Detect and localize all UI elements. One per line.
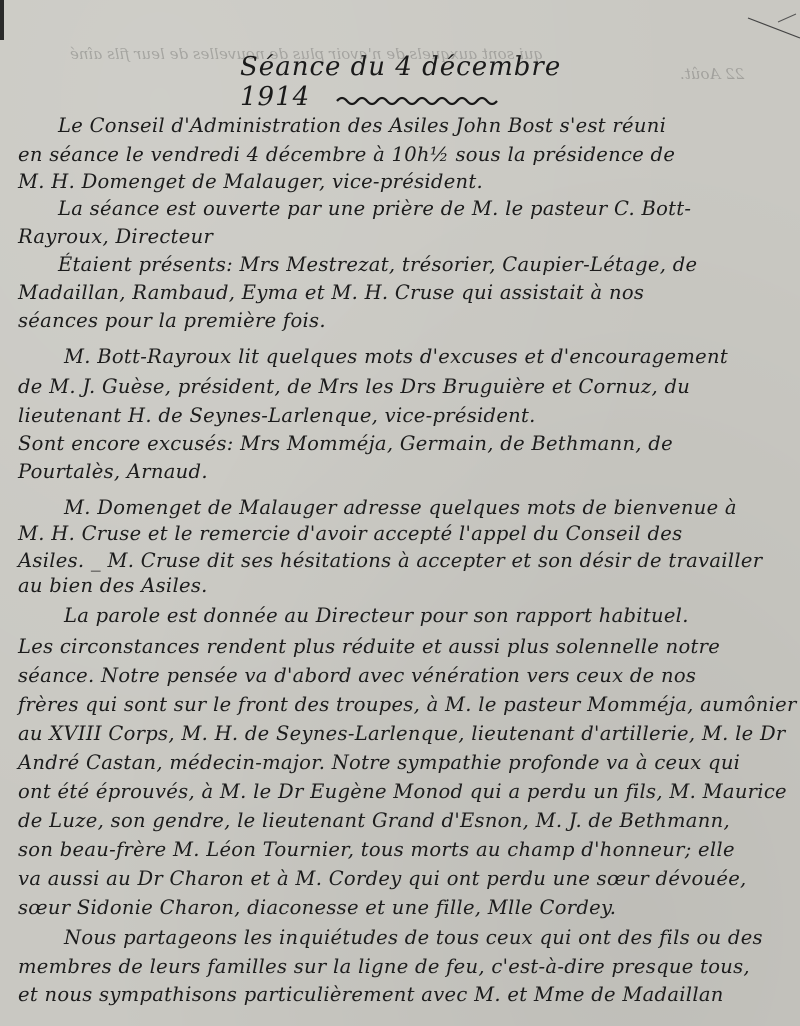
text-line: Étaient présents: Mrs Mestrezat, trésori… bbox=[58, 253, 794, 277]
text-line: frères qui sont sur le front des troupes… bbox=[18, 693, 794, 717]
text-line: ont été éprouvés, à M. le Dr Eugène Mono… bbox=[18, 780, 794, 804]
text-line: La séance est ouverte par une prière de … bbox=[58, 197, 794, 221]
text-line: au XVIII Corps, M. H. de Seynes-Larlenqu… bbox=[18, 722, 794, 746]
text-line: Le Conseil d'Administration des Asiles J… bbox=[58, 114, 794, 138]
corner-pencil-mark bbox=[740, 10, 800, 40]
text-line: son beau-frère M. Léon Tournier, tous mo… bbox=[18, 838, 794, 862]
text-line: au bien des Asiles. bbox=[18, 574, 794, 598]
text-line: Madaillan, Rambaud, Eyma et M. H. Cruse … bbox=[18, 281, 794, 305]
text-line: de M. J. Guèse, président, de Mrs les Dr… bbox=[18, 375, 794, 399]
text-line: séances pour la première fois. bbox=[18, 309, 794, 333]
text-line: lieutenant H. de Seynes-Larlenque, vice-… bbox=[18, 404, 794, 428]
text-line: séance. Notre pensée va d'abord avec vén… bbox=[18, 664, 794, 688]
text-line: La parole est donnée au Directeur pour s… bbox=[64, 604, 794, 628]
page-edge-shadow bbox=[0, 0, 4, 40]
title-underline-flourish bbox=[335, 92, 505, 106]
text-line: Rayroux, Directeur bbox=[18, 225, 794, 249]
text-line: Les circonstances rendent plus réduite e… bbox=[18, 635, 794, 659]
bleed-through-line-2: 22 Août. bbox=[680, 65, 744, 83]
text-line: en séance le vendredi 4 décembre à 10h½ … bbox=[18, 143, 794, 167]
text-line: M. Bott-Rayroux lit quelques mots d'excu… bbox=[64, 345, 794, 369]
text-line: M. H. Domenget de Malauger, vice-préside… bbox=[18, 170, 794, 194]
text-line: Asiles. _ M. Cruse dit ses hésitations à… bbox=[18, 549, 794, 573]
text-line: Nous partageons les inquiétudes de tous … bbox=[64, 926, 794, 950]
text-line: va aussi au Dr Charon et à M. Cordey qui… bbox=[18, 867, 794, 891]
text-line: Pourtalès, Arnaud. bbox=[18, 460, 794, 484]
text-line: de Luze, son gendre, le lieutenant Grand… bbox=[18, 809, 794, 833]
text-line: M. H. Cruse et le remercie d'avoir accep… bbox=[18, 522, 794, 546]
text-line: Sont encore excusés: Mrs Momméja, Germai… bbox=[18, 432, 794, 456]
text-line: membres de leurs familles sur la ligne d… bbox=[18, 955, 794, 979]
text-line: sœur Sidonie Charon, diaconesse et une f… bbox=[18, 896, 794, 920]
text-line: et nous sympathisons particulièrement av… bbox=[18, 983, 794, 1007]
text-line: M. Domenget de Malauger adresse quelques… bbox=[64, 496, 794, 520]
text-line: André Castan, médecin-major. Notre sympa… bbox=[18, 751, 794, 775]
